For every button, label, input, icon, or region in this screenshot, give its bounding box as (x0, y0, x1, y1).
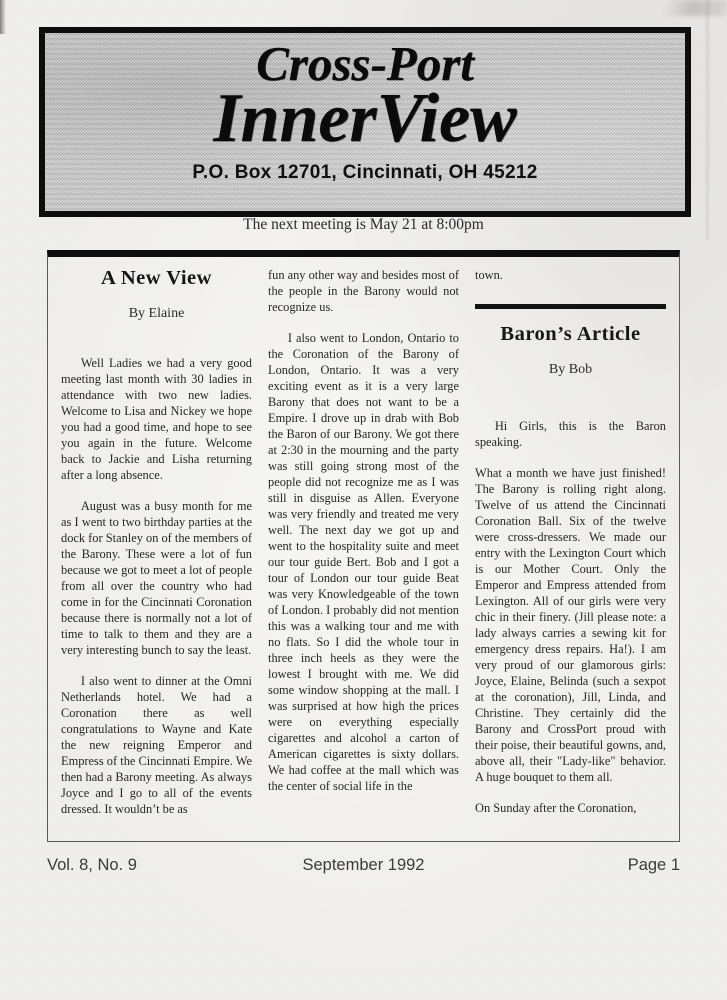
scan-artifact-top-left (0, 0, 6, 34)
new-view-paragraph-continuation: town. (475, 267, 666, 283)
article-title-new-view: A New View (61, 267, 252, 291)
new-view-paragraph: August was a busy month for me as I went… (61, 498, 252, 658)
article-byline-elaine: By Elaine (61, 306, 252, 322)
meeting-notice: The next meeting is May 21 at 8:00pm (0, 216, 727, 234)
column-right: town. Baron’s Article By Bob Hi Girls, t… (475, 267, 666, 835)
masthead-address: P.O. Box 12701, Cincinnati, OH 45212 (45, 162, 685, 184)
baron-paragraph: Hi Girls, this is the Baron speaking. (475, 418, 666, 450)
new-view-paragraph: Well Ladies we had a very good meeting l… (61, 355, 252, 483)
newsletter-body: A New View By Elaine Well Ladies we had … (47, 250, 680, 842)
baron-paragraph: What a month we have just finished! The … (475, 465, 666, 785)
scan-artifact-top-right (637, 0, 727, 16)
new-view-paragraph: I also went to London, Ontario to the Co… (268, 330, 459, 794)
article-title-baron: Baron’s Article (475, 323, 666, 347)
newsletter-masthead: Cross-Port InnerView P.O. Box 12701, Cin… (39, 27, 691, 217)
baron-paragraph: On Sunday after the Coronation, (475, 800, 666, 816)
footer-page-number: Page 1 (628, 856, 680, 875)
article-byline-bob: By Bob (475, 362, 666, 378)
new-view-paragraph-continuation: fun any other way and besides most of th… (268, 267, 459, 315)
footer-volume: Vol. 8, No. 9 (47, 856, 137, 875)
footer-date: September 1992 (47, 856, 680, 875)
section-divider-rule (475, 304, 666, 309)
new-view-paragraph: I also went to dinner at the Omni Nether… (61, 673, 252, 817)
masthead-title-line2: InnerView (45, 84, 685, 154)
column-middle: fun any other way and besides most of th… (268, 267, 459, 835)
page-footer: September 1992 Vol. 8, No. 9 Page 1 (47, 856, 680, 875)
scan-artifact-right-edge (706, 0, 709, 240)
column-left: A New View By Elaine Well Ladies we had … (61, 267, 252, 835)
